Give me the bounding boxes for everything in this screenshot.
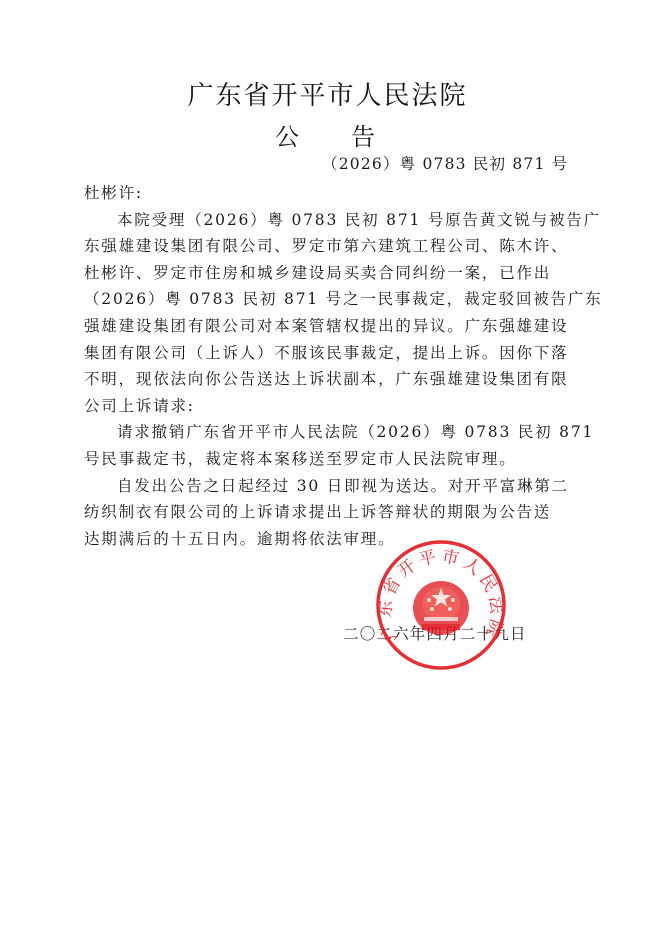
text-line: 请求撤销广东省开平市人民法院（2026）粤 0783 民初 871 (84, 419, 576, 446)
court-seal-stamp-icon: 广东省开平市人民法院 (374, 538, 508, 672)
court-name-title: 广东省开平市人民法院 (0, 80, 655, 112)
text-line: 自发出公告之日起经过 30 日即视为送达。对开平富琳第二 (84, 473, 576, 500)
document-type-heading: 公告 (275, 122, 375, 152)
text-line: 不明，现依法向你公告送达上诉状副本，广东强雄建设集团有限 (84, 366, 576, 393)
text-line: 本院受理（2026）粤 0783 民初 871 号原告黄文锐与被告广 (84, 207, 576, 234)
text-line: 强雄建设集团有限公司对本案管辖权提出的异议。广东强雄建设 (84, 313, 576, 340)
paragraph-appeal-request: 请求撤销广东省开平市人民法院（2026）粤 0783 民初 871 号民事裁定书… (84, 419, 576, 472)
text-line: 杜彬许、罗定市住房和城乡建设局买卖合同纠纷一案，已作出 (84, 260, 576, 287)
document-type-char-1: 公 (275, 122, 299, 152)
case-number: （2026）粤 0783 民初 871 号 (322, 152, 568, 176)
text-line: 纺织制衣有限公司的上诉请求提出上诉答辩状的期限为公告送 (84, 499, 576, 526)
text-line: 号民事裁定书，裁定将本案移送至罗定市人民法院审理。 (84, 446, 576, 473)
text-line: 公司上诉请求: (84, 393, 576, 420)
document-type-char-2: 告 (351, 122, 375, 152)
text-line: （2026）粤 0783 民初 871 号之一民事裁定，裁定驳回被告广东 (84, 286, 576, 313)
text-line: 东强雄建设集团有限公司、罗定市第六建筑工程公司、陈木许、 (84, 233, 576, 260)
notice-body: 杜彬许: 本院受理（2026）粤 0783 民初 871 号原告黄文锐与被告广 … (84, 180, 576, 552)
issue-date: 二〇二六年四月二十九日 (343, 622, 527, 646)
text-line: 达期满后的十五日内。逾期将依法审理。 (84, 526, 576, 553)
paragraph-case-summary: 本院受理（2026）粤 0783 民初 871 号原告黄文锐与被告广 东强雄建设… (84, 207, 576, 420)
text-line: 集团有限公司（上诉人）不服该民事裁定，提出上诉。因你下落 (84, 340, 576, 367)
paragraph-service-terms: 自发出公告之日起经过 30 日即视为送达。对开平富琳第二 纺织制衣有限公司的上诉… (84, 473, 576, 553)
addressee: 杜彬许: (84, 180, 576, 207)
